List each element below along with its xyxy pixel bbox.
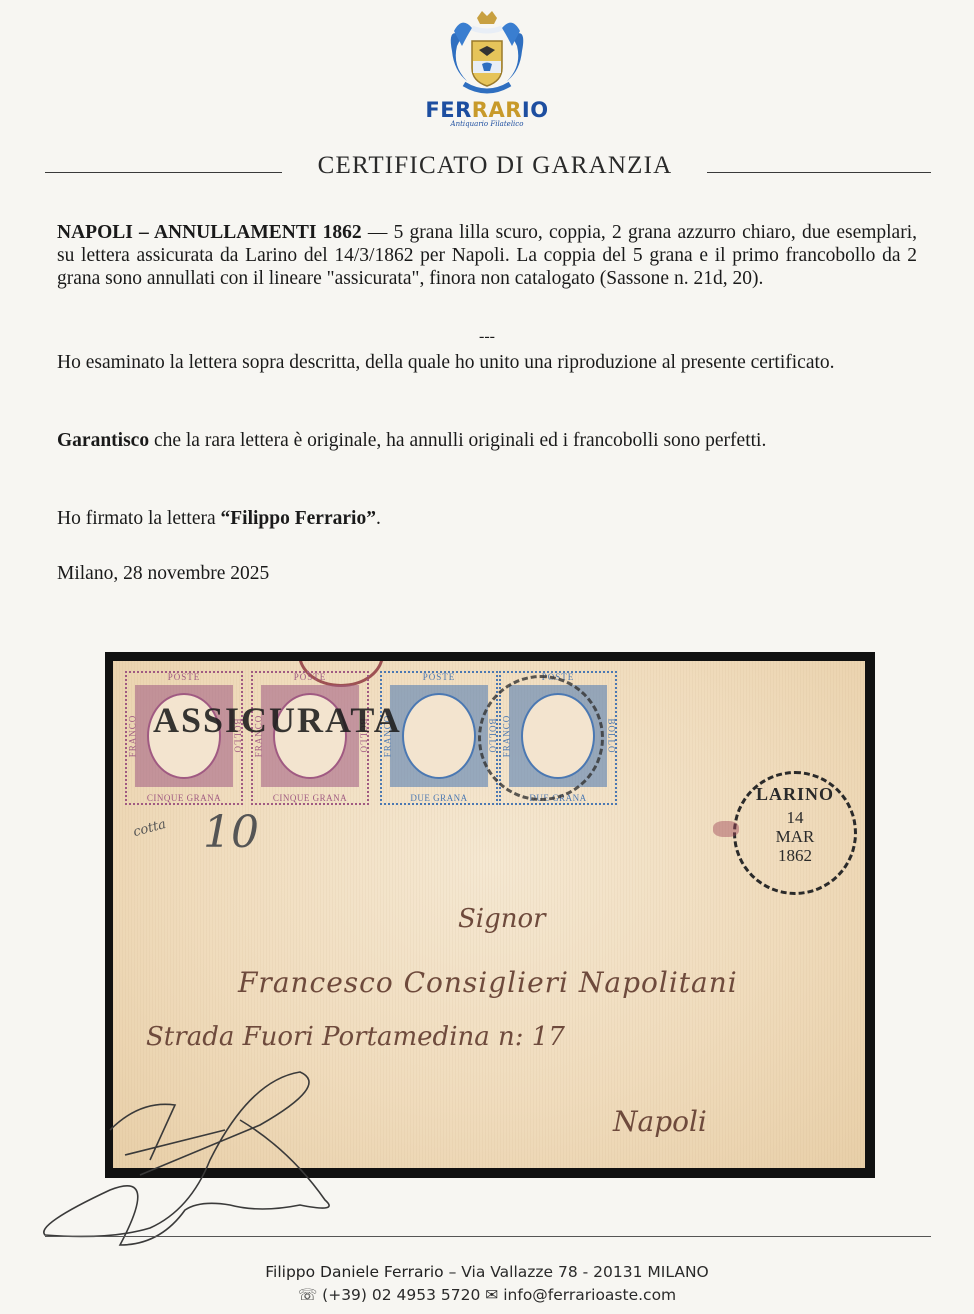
rate-marking: 10 [203,807,259,858]
pencil-note: cotta [132,817,168,840]
signed-text: Ho firmato la lettera [57,508,221,529]
footer-email[interactable]: info@ferrarioaste.com [503,1286,676,1304]
postmark-town: LARINO [736,784,854,805]
postmark-month: MAR [736,827,854,846]
phone-icon: ☏ [298,1286,317,1304]
footer-address-line: Filippo Daniele Ferrario – Via Vallazze … [0,1261,974,1284]
postmark-day: 14 [736,808,854,827]
page-title: CERTIFICATO DI GARANZIA [300,152,690,180]
stamp-label-bottom: CINQUE GRANA [125,793,243,803]
signed-name: “Filippo Ferrario” [221,508,376,529]
stamp-oval [402,693,476,779]
description-paragraph: NAPOLI – ANNULLAMENTI 1862 — 5 grana lil… [57,221,917,290]
footer-contact-line: ☏ (+39) 02 4953 5720 ✉ info@ferrarioaste… [0,1284,974,1306]
brand-name: FERRARIORARIO [0,99,974,121]
footer-name: Filippo Daniele Ferrario [265,1263,443,1281]
brand-part-io: IO [522,98,549,122]
stamp-label-right: BOLLO [607,719,617,754]
stamp-label-bottom: DUE GRANA [380,793,498,803]
signed-period: . [376,508,381,529]
footer-address: – Via Vallazze 78 - 20131 MILANO [444,1263,709,1281]
letter-cover: POSTE FRANCO BOLLO CINQUE GRANA POSTE FR… [113,661,865,1168]
examination-paragraph: Ho esaminato la lettera sopra descritta,… [57,351,917,374]
brand-subtitle: Antiquario Filatelico [0,120,974,128]
brand-part-rar-visible: RAR [472,98,522,122]
guarantee-body: che la rara lettera è originale, ha annu… [149,430,766,451]
stamp-label-top: POSTE [380,672,498,682]
stamp-label-top: POSTE [251,672,369,682]
bottom-rule [45,1236,931,1237]
stamp-label-left: FRANCO [127,715,137,758]
postmark-year: 1862 [736,846,854,865]
letter-image: POSTE FRANCO BOLLO CINQUE GRANA POSTE FR… [105,652,875,1178]
assicurata-cancel: ASSICURATA [153,699,402,741]
larino-postmark: LARINO 14 MAR 1862 [733,771,857,895]
ferrario-logo: FERRARIORARIO Antiquario Filatelico [0,6,974,128]
address-street: Strada Fuori Portamedina n: 17 [146,1022,565,1052]
brand-part-fer: FER [425,98,471,122]
postmark-on-stamp [478,675,604,801]
footer: Filippo Daniele Ferrario – Via Vallazze … [0,1261,974,1306]
stamp-label-top: POSTE [125,672,243,682]
footer-phone[interactable]: (+39) 02 4953 5720 [322,1286,480,1304]
place-date: Milano, 28 novembre 2025 [57,562,917,585]
stamp-label-bottom: CINQUE GRANA [251,793,369,803]
separator: --- [0,328,974,346]
red-ink-smudge [713,821,739,837]
coat-of-arms-icon [432,6,542,101]
title-rule-right [707,172,931,173]
postmark-date: 14 MAR 1862 [736,808,854,865]
guarantee-keyword: Garantisco [57,430,149,451]
address-salutation: Signor [458,904,546,934]
guarantee-paragraph: Garantisco che la rara lettera è origina… [57,429,917,452]
address-city: Napoli [613,1105,707,1138]
address-recipient: Francesco Consiglieri Napolitani [238,966,738,999]
description-heading: NAPOLI – ANNULLAMENTI 1862 [57,222,362,243]
mail-icon: ✉ [485,1286,498,1304]
title-rule-left [45,172,282,173]
signed-paragraph: Ho firmato la lettera “Filippo Ferrario”… [57,507,917,530]
title-row: CERTIFICATO DI GARANZIA [0,150,974,184]
